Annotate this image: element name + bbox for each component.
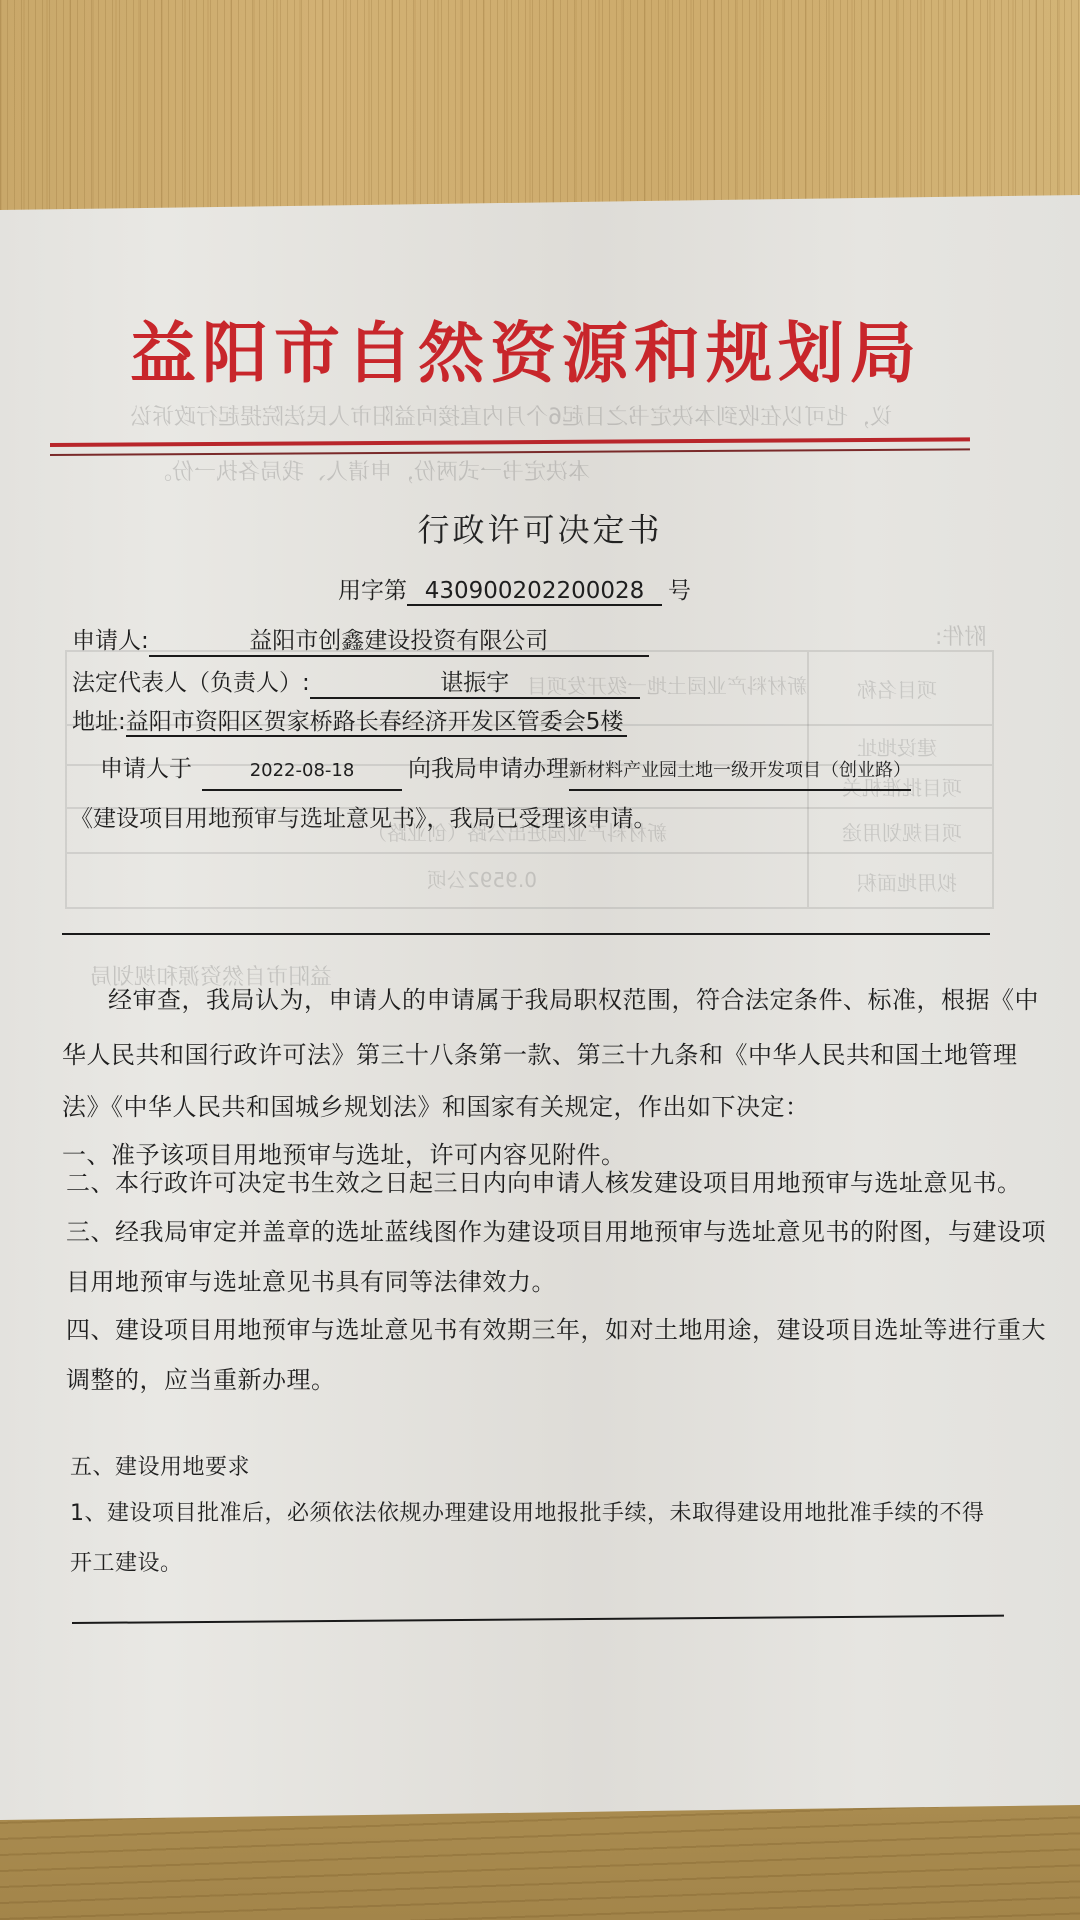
number-prefix: 用字第 [338,578,407,604]
legal-rep-label: 法定代表人（负责人）: [72,670,310,696]
document-number: 430900202200028 [407,578,662,606]
application-prefix: 申请人于 [100,756,192,782]
letterhead-org-name: 益阳市自然资源和规划局 [130,300,950,395]
applicant-value: 益阳市创鑫建设投资有限公司 [149,622,649,657]
section-5-item-1: 1、建设项目批准后，必须依法依规办理建设用地报批手续，未取得建设用地批准手续的不… [70,1496,985,1527]
application-mid: 向我局申请办理 [408,756,569,782]
decision-item-3-cont: 目用地预审与选址意见书具有同等法律效力。 [66,1262,556,1297]
review-paragraph-line: 法》《中华人民共和国城乡规划法》和国家有关规定，作出如下决定： [62,1087,810,1122]
document-number-line: 用字第430900202200028号 [338,572,691,606]
applicant-line: 申请人:益阳市创鑫建设投资有限公司 [72,622,649,657]
document-title: 行政许可决定书 [0,505,1080,551]
decision-item-4: 四、建设项目用地预审与选址意见书有效期三年，如对土地用途，建设项目选址等进行重大 [66,1310,1046,1345]
legal-rep-value: 谌振宇 [310,664,640,699]
review-paragraph-line: 经审查，我局认为，申请人的申请属于我局职权范围，符合法定条件、标准，根据《中 [108,980,1039,1015]
section-5-title: 五、建设用地要求 [70,1450,250,1481]
show-through-attachment-label: 附件: [935,620,986,651]
address-line: 地址:益阳市资阳区贺家桥路长春经济开发区管委会5楼 [72,703,627,736]
section-separator [62,933,990,935]
legal-representative-line: 法定代表人（负责人）:谌振宇 [72,664,640,699]
address-value: 益阳市资阳区贺家桥路长春经济开发区管委会5楼 [126,709,628,737]
decision-item-2: 二、本行政许可决定书生效之日起三日内向申请人核发建设项目用地预审与选址意见书。 [66,1163,1022,1198]
wood-background-top [0,0,1080,230]
address-label: 地址: [72,709,126,735]
show-through-text: 本决定书一式两份，申请人、我局各执一份。 [150,455,590,486]
project-name: 新材料产业园土地一级开发项目（创业路） [569,760,911,791]
review-paragraph-line: 华人民共和国行政许可法》第三十八条第一款、第三十九条和《中华人民共和国土地管理 [62,1035,1018,1070]
decision-item-4-cont: 调整的，应当重新办理。 [66,1360,336,1395]
decision-item-3: 三、经我局审定并盖章的选址蓝线图作为建设项目用地预审与选址意见书的附图，与建设项 [66,1212,1046,1247]
number-suffix: 号 [668,578,691,604]
application-line: 申请人于2022-08-18向我局申请办理新材料产业园土地一级开发项目（创业路） [100,750,911,791]
application-line-2: 《建设项目用地预审与选址意见书》，我局已受理该申请。 [70,800,657,833]
show-through-text: 议，也可以在收到本决定书之日起6个月内直接向益阳市人民法院提起行政诉讼 [130,400,892,431]
applicant-label: 申请人: [72,628,149,654]
application-date: 2022-08-18 [202,760,402,791]
section-5-item-1-cont: 开工建设。 [70,1546,183,1577]
